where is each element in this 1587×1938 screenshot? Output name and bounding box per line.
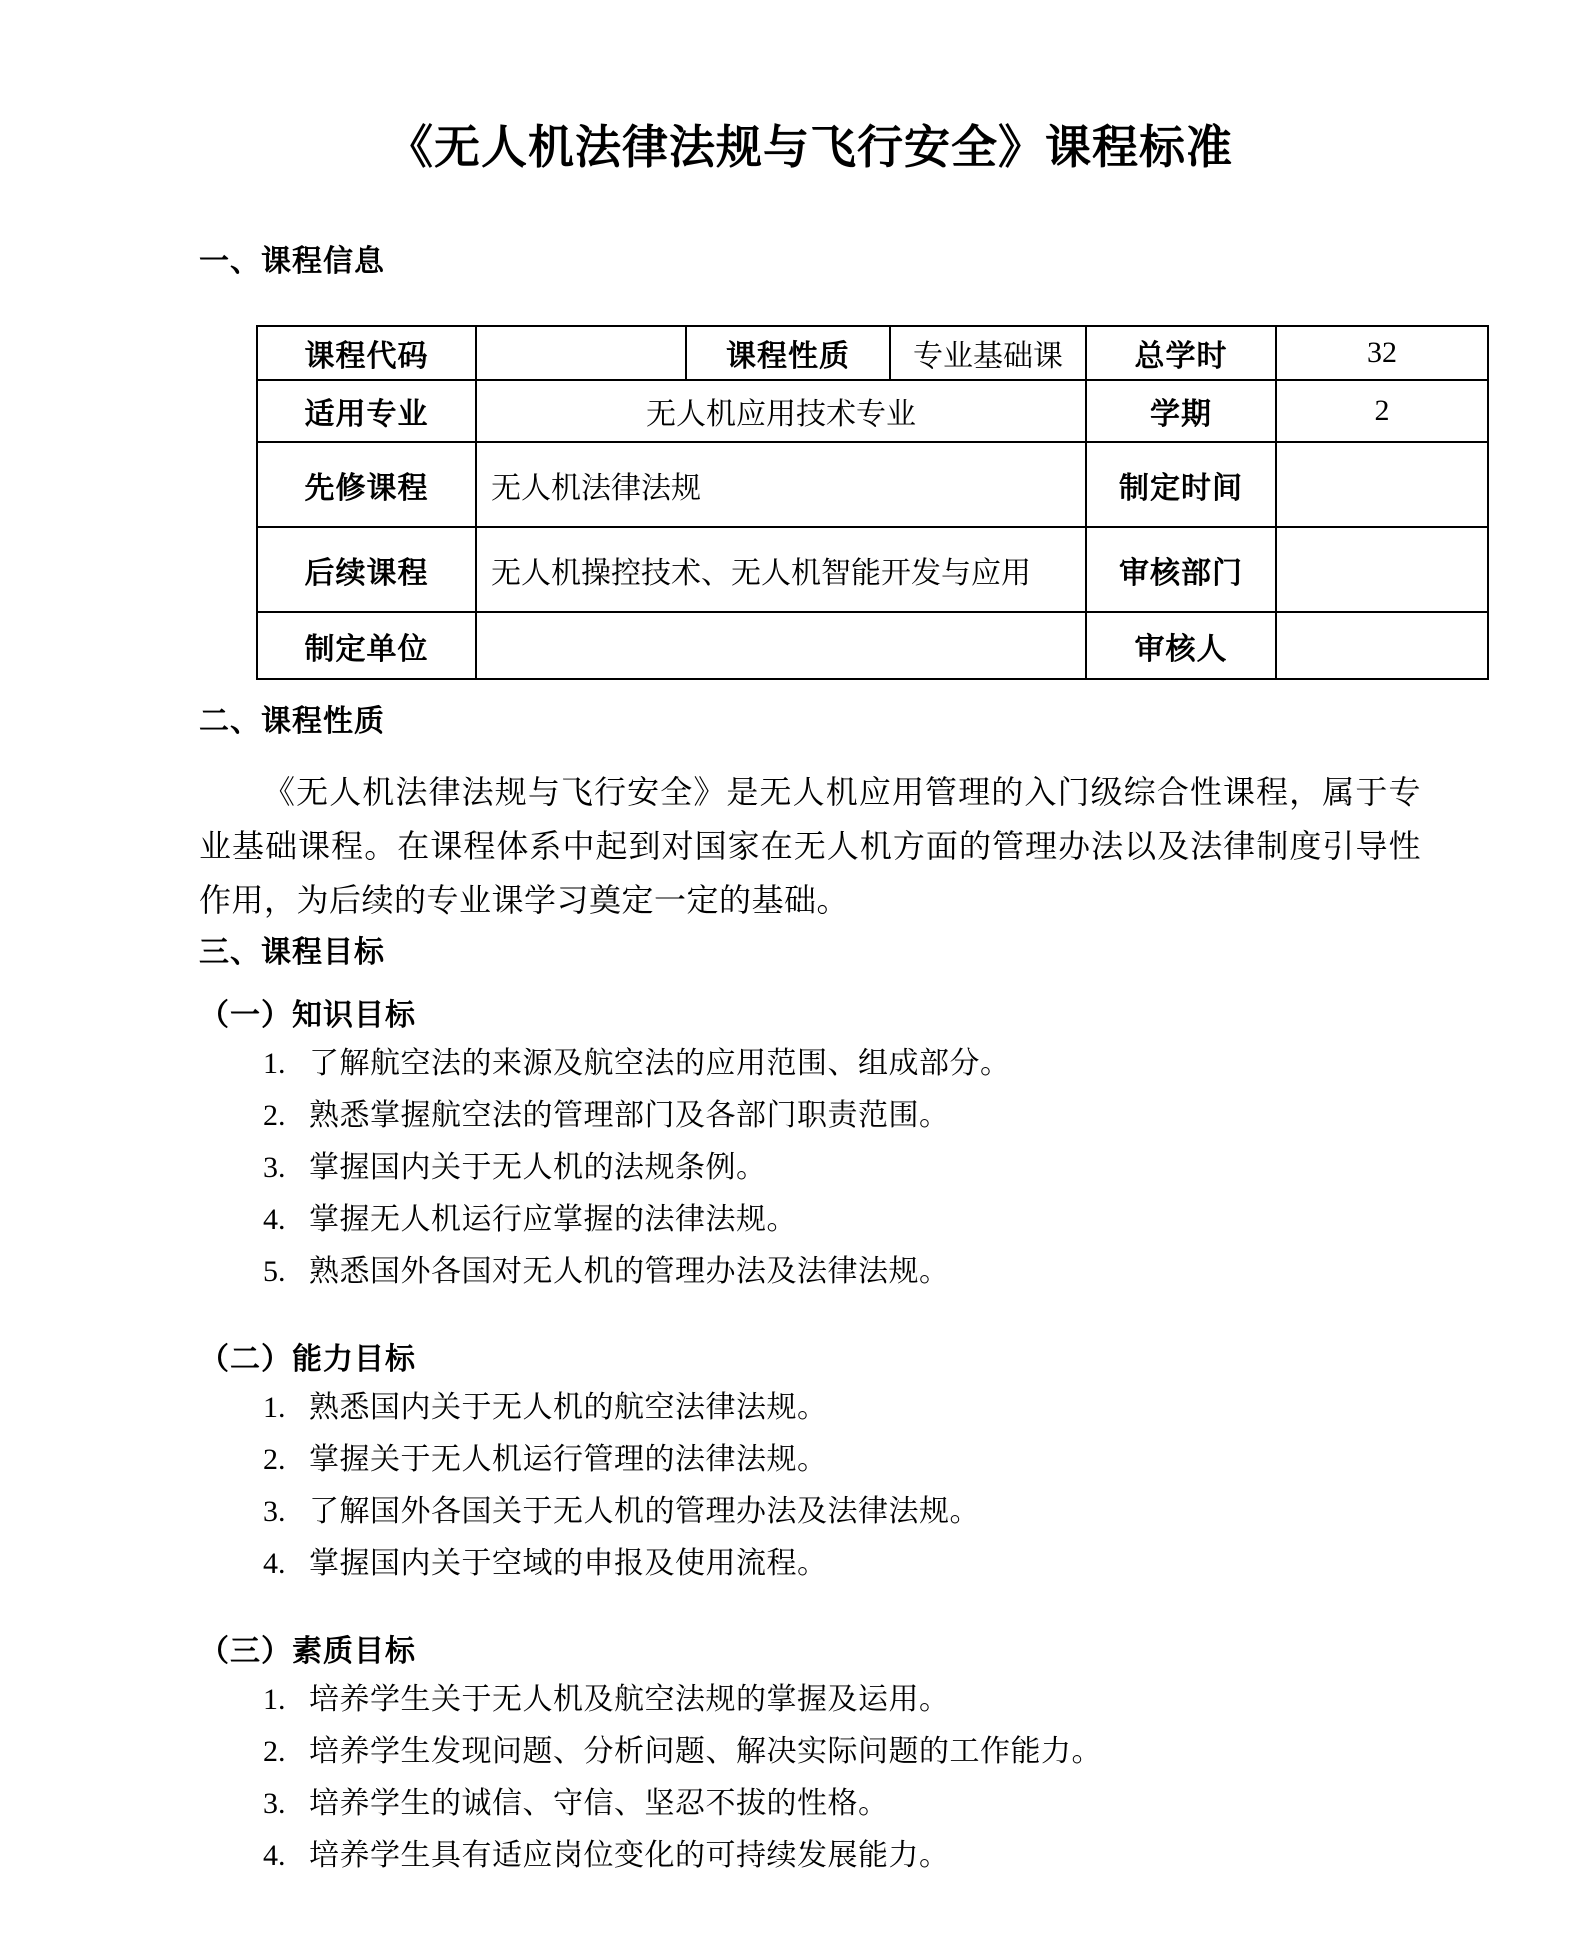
formulation-unit-label: 制定单位 <box>257 612 476 679</box>
reviewer-label: 审核人 <box>1086 612 1276 679</box>
semester-label: 学期 <box>1086 380 1276 442</box>
list-item: 掌握国内关于无人机的法规条例。 <box>263 1142 1421 1194</box>
table-row: 课程代码 课程性质 专业基础课 总学时 32 <box>257 326 1488 380</box>
knowledge-objectives-list: 了解航空法的来源及航空法的应用范围、组成部分。 熟悉掌握航空法的管理部门及各部门… <box>263 1038 1421 1298</box>
document-title: 《无人机法律法规与飞行安全》课程标准 <box>199 118 1421 178</box>
section-heading-course-nature: 二、课程性质 <box>199 700 1421 744</box>
list-item: 熟悉国内关于无人机的航空法律法规。 <box>263 1382 1421 1434</box>
table-row: 制定单位 审核人 <box>257 612 1488 679</box>
list-item: 了解国外各国关于无人机的管理办法及法律法规。 <box>263 1486 1421 1538</box>
review-department-value <box>1276 527 1488 612</box>
quality-objectives-list: 培养学生关于无人机及航空法规的掌握及运用。 培养学生发现问题、分析问题、解决实际… <box>263 1674 1421 1882</box>
table-row: 后续课程 无人机操控技术、无人机智能开发与应用 审核部门 <box>257 527 1488 612</box>
subsequent-course-value: 无人机操控技术、无人机智能开发与应用 <box>476 527 1086 612</box>
list-item: 培养学生发现问题、分析问题、解决实际问题的工作能力。 <box>263 1726 1421 1778</box>
course-info-table: 课程代码 课程性质 专业基础课 总学时 32 适用专业 无人机应用技术专业 学期… <box>256 325 1489 680</box>
total-hours-value: 32 <box>1276 326 1488 380</box>
formulation-unit-value <box>476 612 1086 679</box>
prerequisite-course-label: 先修课程 <box>257 442 476 527</box>
table-row: 适用专业 无人机应用技术专业 学期 2 <box>257 380 1488 442</box>
list-item: 掌握关于无人机运行管理的法律法规。 <box>263 1434 1421 1486</box>
list-item: 培养学生的诚信、守信、坚忍不拔的性格。 <box>263 1778 1421 1830</box>
reviewer-value <box>1276 612 1488 679</box>
subsection-heading-quality-objectives: （三）素质目标 <box>199 1630 1421 1674</box>
semester-value: 2 <box>1276 380 1488 442</box>
course-nature-value: 专业基础课 <box>890 326 1086 380</box>
subsequent-course-label: 后续课程 <box>257 527 476 612</box>
course-nature-label: 课程性质 <box>686 326 890 380</box>
list-item: 掌握国内关于空域的申报及使用流程。 <box>263 1538 1421 1590</box>
list-item: 熟悉掌握航空法的管理部门及各部门职责范围。 <box>263 1090 1421 1142</box>
list-item: 掌握无人机运行应掌握的法律法规。 <box>263 1194 1421 1246</box>
list-item: 培养学生具有适应岗位变化的可持续发展能力。 <box>263 1830 1421 1882</box>
list-item: 了解航空法的来源及航空法的应用范围、组成部分。 <box>263 1038 1421 1090</box>
applicable-major-value: 无人机应用技术专业 <box>476 380 1086 442</box>
formulation-time-label: 制定时间 <box>1086 442 1276 527</box>
review-department-label: 审核部门 <box>1086 527 1276 612</box>
document-page: 《无人机法律法规与飞行安全》课程标准 一、课程信息 课程代码 课程性质 专业基础… <box>0 0 1587 1938</box>
section-heading-course-info: 一、课程信息 <box>199 240 1421 284</box>
course-code-value <box>476 326 686 380</box>
formulation-time-value <box>1276 442 1488 527</box>
prerequisite-course-value: 无人机法律法规 <box>476 442 1086 527</box>
list-item: 熟悉国外各国对无人机的管理办法及法律法规。 <box>263 1246 1421 1298</box>
total-hours-label: 总学时 <box>1086 326 1276 380</box>
section-heading-course-objectives: 三、课程目标 <box>199 931 1421 975</box>
applicable-major-label: 适用专业 <box>257 380 476 442</box>
course-nature-paragraph: 《无人机法律法规与飞行安全》是无人机应用管理的入门级综合性课程，属于专业基础课程… <box>199 765 1421 927</box>
list-item: 培养学生关于无人机及航空法规的掌握及运用。 <box>263 1674 1421 1726</box>
subsection-heading-knowledge-objectives: （一）知识目标 <box>199 994 1421 1038</box>
subsection-heading-ability-objectives: （二）能力目标 <box>199 1338 1421 1382</box>
ability-objectives-list: 熟悉国内关于无人机的航空法律法规。 掌握关于无人机运行管理的法律法规。 了解国外… <box>263 1382 1421 1590</box>
course-code-label: 课程代码 <box>257 326 476 380</box>
table-row: 先修课程 无人机法律法规 制定时间 <box>257 442 1488 527</box>
